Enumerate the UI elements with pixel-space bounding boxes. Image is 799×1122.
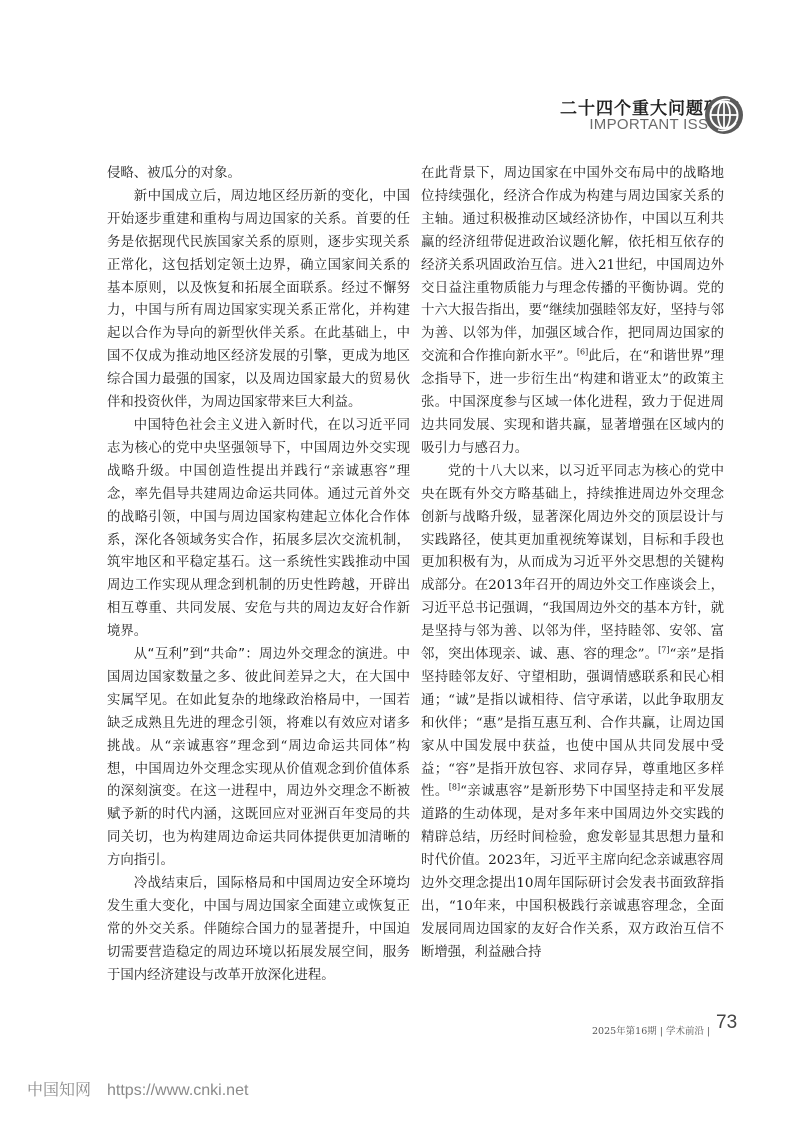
site-url[interactable]: https://www.cnki.net <box>107 1082 248 1099</box>
citation-ref[interactable]: [7] <box>658 646 669 655</box>
site-name: 中国知网 <box>27 1082 91 1099</box>
citation-ref[interactable]: [8] <box>449 783 460 792</box>
paragraph-text: 此后，在“和谐世界”理念指导下，进一步衍生出“构建和谐亚太”的政策主张。中国深度… <box>421 349 724 456</box>
paragraph: 在此背景下，周边国家在中国外交布局中的战略地位持续强化，经济合作成为构建与周边国… <box>421 163 724 461</box>
paragraph-text: 党的十八大以来，以习近平同志为核心的党中央在既有外交方略基础上，持续推进周边外交… <box>421 464 724 662</box>
watermark: 中国知网https://www.cnki.net <box>27 1077 248 1100</box>
paragraph-text: “亲”是指坚持睦邻友好、守望相助，强调情感联系和民心相通；“诚”是指以诚相待、信… <box>421 647 724 799</box>
page-number: 73 <box>716 1012 737 1034</box>
citation-ref[interactable]: [6] <box>577 348 588 357</box>
paragraph: 中国特色社会主义进入新时代，在以习近平同志为核心的党中央坚强领导下，中国周边外交… <box>107 415 410 644</box>
paragraph-text: 在此背景下，周边国家在中国外交布局中的战略地位持续强化，经济合作成为构建与周边国… <box>421 166 724 364</box>
paragraph: 党的十八大以来，以习近平同志为核心的党中央在既有外交方略基础上，持续推进周边外交… <box>421 461 724 965</box>
paragraph: 侵略、被瓜分的对象。 <box>107 163 410 186</box>
left-column: 侵略、被瓜分的对象。 新中国成立后，周边地区经历新的变化，中国开始逐步重建和重构… <box>107 163 410 988</box>
paragraph: 冷战结束后，国际格局和中国周边安全环境均发生重大变化，中国与周边国家全面建立或恢… <box>107 873 410 988</box>
subheading: 从“互利”到“共命”：周边外交理念的演进。 <box>134 647 397 662</box>
right-column: 在此背景下，周边国家在中国外交布局中的战略地位持续强化，经济合作成为构建与周边国… <box>421 163 724 965</box>
paragraph-text: “亲诚惠容”是新形势下中国坚持走和平发展道路的生动体现，是对多年来中国周边外交实… <box>421 784 724 959</box>
subheading-paragraph: 从“互利”到“共命”：周边外交理念的演进。中国周边国家数量之多、彼此间差异之大，… <box>107 644 410 873</box>
paragraph: 新中国成立后，周边地区经历新的变化，中国开始逐步重建和重构与周边国家的关系。首要… <box>107 186 410 415</box>
paragraph-text: 中国周边国家数量之多、彼此间差异之大，在大国中实属罕见。在如此复杂的地缘政治格局… <box>107 647 410 868</box>
globe-icon <box>704 95 744 135</box>
journal-info: 2025年第16期 | 学术前沿 | <box>592 1023 710 1037</box>
